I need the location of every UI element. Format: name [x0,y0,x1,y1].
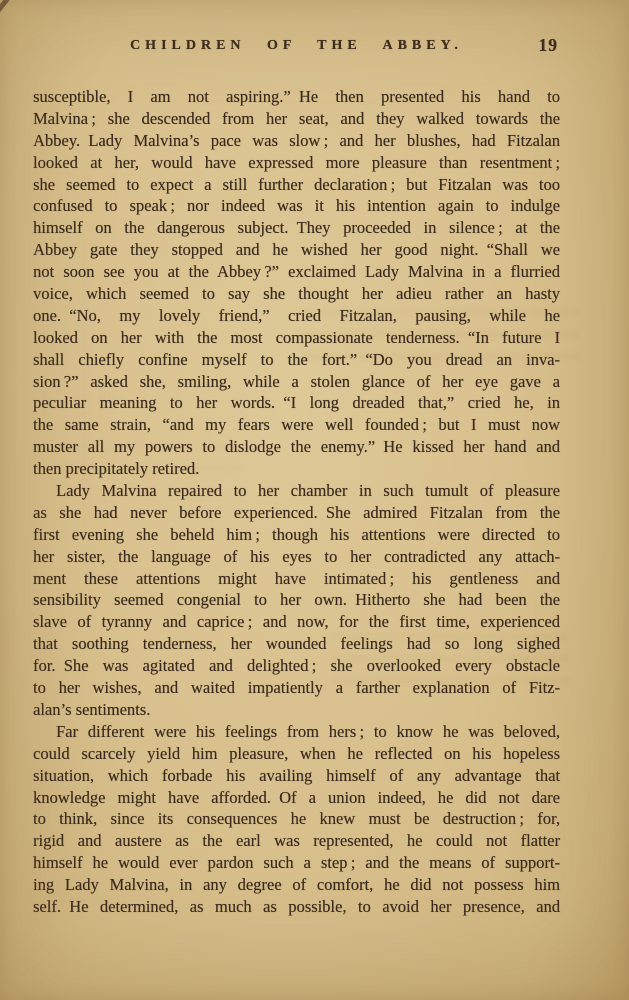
text-line: Abbey. Lady Malvina’s pace was slow ; an… [33,130,560,152]
text-line: rigid and austere as the earl was repres… [33,830,560,852]
text-line: to think, since its consequences he knew… [33,808,560,830]
text-line: Malvina ; she descended from her seat, a… [33,108,560,130]
text-line: first evening she beheld him ; though hi… [33,524,560,546]
text-line: for. She was agitated and delighted ; sh… [33,655,560,677]
text-line: confused to speak ; nor indeed was it hi… [33,195,560,217]
text-line: sion ?” asked she, smiling, while a stol… [33,371,560,393]
text-line: looked on her with the most compassionat… [33,327,560,349]
text-line: then precipitately retired. [33,458,560,480]
page-number: 19 [539,35,559,56]
text-line: self. He determined, as much as possible… [33,896,560,918]
text-line: looked at her, would have expressed more… [33,152,560,174]
text-line: as she had never before experienced. She… [33,502,560,524]
text-line: slave of tyranny and caprice ; and now, … [33,611,560,633]
running-title: CHILDREN OF THE ABBEY. [33,38,560,54]
text-line: himself he would ever pardon such a step… [33,852,560,874]
text-line: to her wishes, and waited impatiently a … [33,677,560,699]
text-line: himself on the dangerous subject. They p… [33,217,560,239]
text-line: peculiar meaning to her words. “I long d… [33,392,560,414]
text-line: not soon see you at the Abbey ?” exclaim… [33,261,560,283]
text-line: alan’s sentiments. [33,699,560,721]
page-corner-artifact [0,0,11,22]
text-line: situation, which forbade his availing hi… [33,765,560,787]
text-line: Lady Malvina repaired to her chamber in … [33,480,560,502]
text-line: could scarcely yield him pleasure, when … [33,743,560,765]
book-page: CHILDREN OF THE ABBEY. 19 susceptible, I… [0,0,629,1000]
text-line: muster all my powers to dislodge the ene… [33,436,560,458]
text-line: that soothing tenderness, her wounded fe… [33,633,560,655]
text-line: shall chiefly confine myself to the fort… [33,349,560,371]
text-line: sensibility seemed congenial to her own.… [33,589,560,611]
text-line: susceptible, I am not aspiring.” He then… [33,86,560,108]
text-line: ing Lady Malvina, in any degree of comfo… [33,874,560,896]
text-line: voice, which seemed to say she thought h… [33,283,560,305]
text-line: knowledge might have afforded. Of a unio… [33,787,560,809]
running-header: CHILDREN OF THE ABBEY. 19 [33,35,560,59]
text-line: Far different were his feelings from her… [33,721,560,743]
text-line: the same strain, “and my fears were well… [33,414,560,436]
text-line: her sister, the language of his eyes to … [33,546,560,568]
text-line: she seemed to expect a still further dec… [33,174,560,196]
text-line: Abbey gate they stopped and he wished he… [33,239,560,261]
text-line: ment these attentions might have intimat… [33,568,560,590]
text-block: susceptible, I am not aspiring.” He then… [33,86,560,918]
text-line: one. “No, my lovely friend,” cried Fitza… [33,305,560,327]
